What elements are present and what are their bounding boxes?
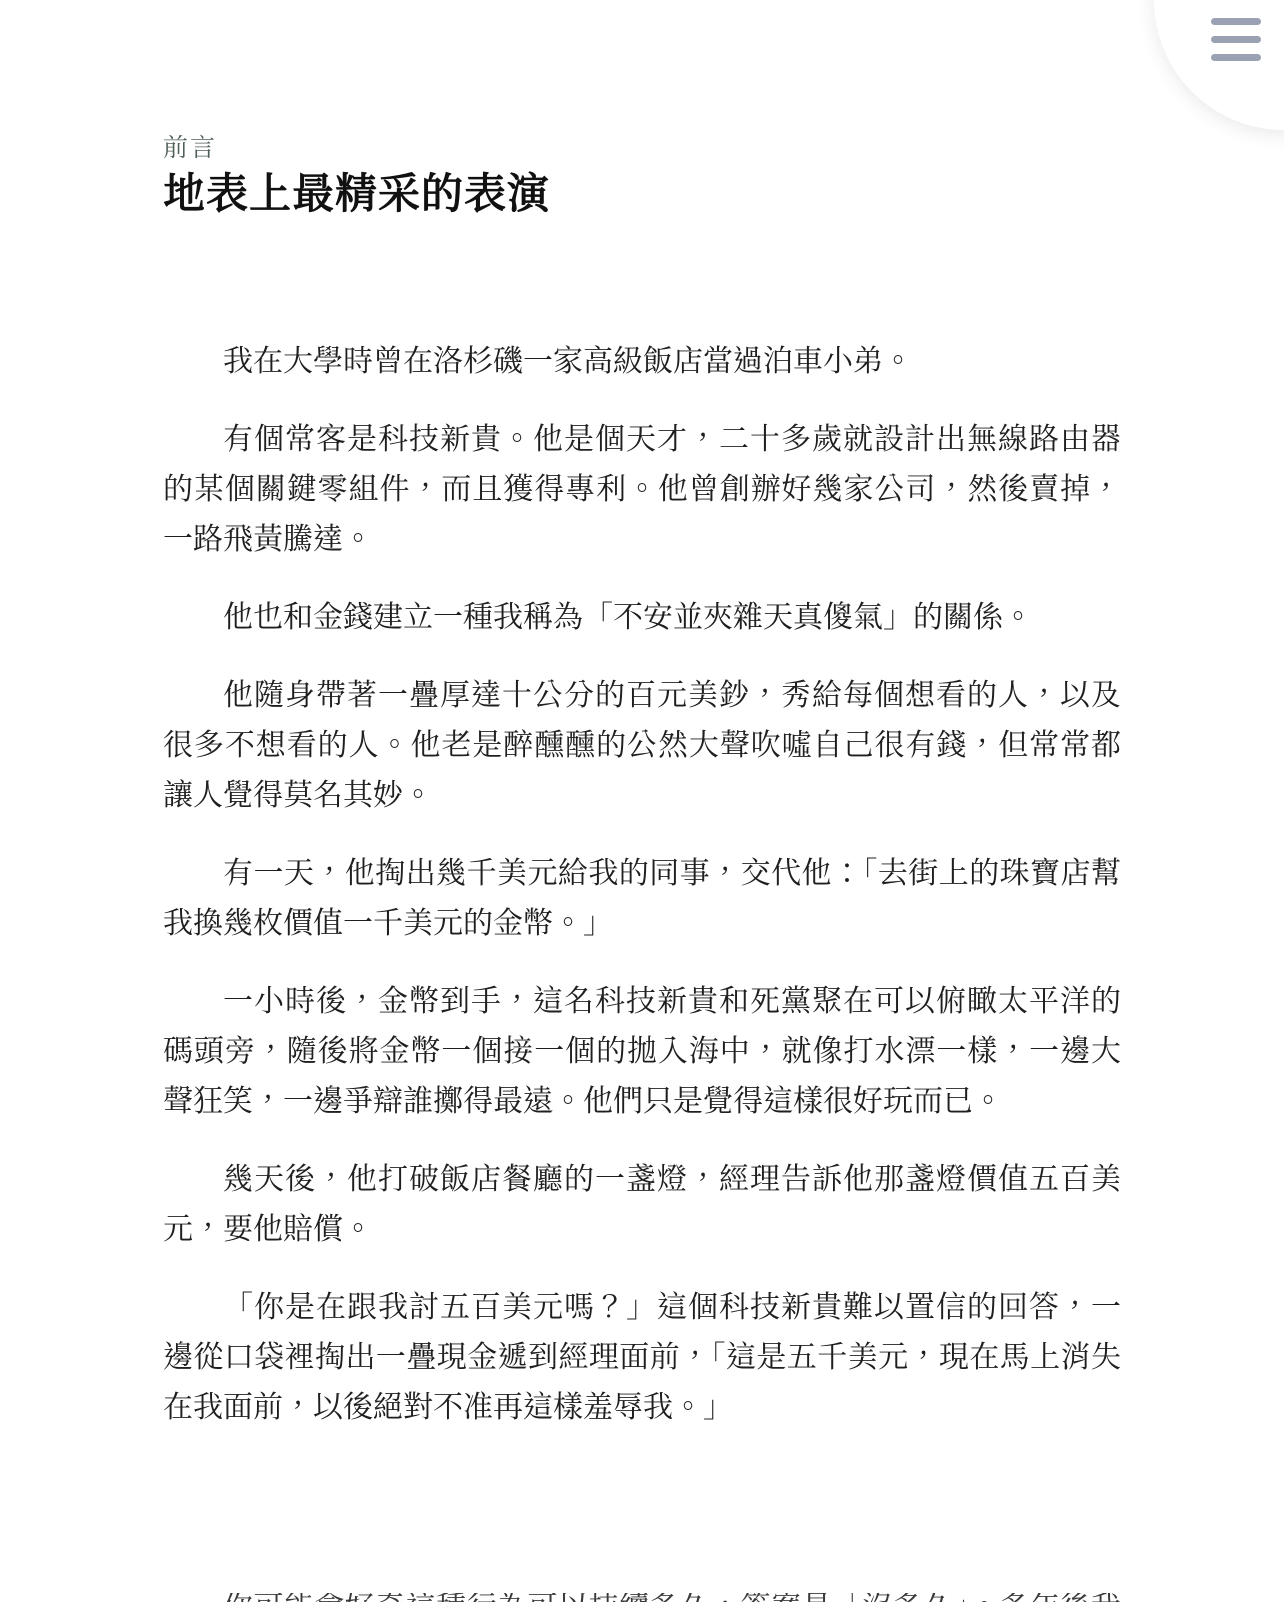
- book-page: 前言 地表上最精采的表演 我在大學時曾在洛杉磯一家高級飯店當過泊車小弟。 有個常…: [163, 0, 1121, 1602]
- paragraph: 我在大學時曾在洛杉磯一家高級飯店當過泊車小弟。: [163, 337, 1121, 387]
- body-text: 我在大學時曾在洛杉磯一家高級飯店當過泊車小弟。 有個常客是科技新貴。他是個天才，…: [163, 337, 1121, 1602]
- chapter-label: 前言: [163, 132, 1121, 165]
- hamburger-bar: [1211, 36, 1261, 43]
- paragraph: 他也和金錢建立一種我稱為「不安並夾雜天真傻氣」的關係。: [163, 593, 1121, 643]
- clipped-next-line: 你可能會好奇這種行為可以持續多久，答案是「沒多久」。多年後我才知道他破產了。: [163, 1593, 1121, 1602]
- chapter-title: 地表上最精采的表演: [163, 169, 1121, 221]
- hamburger-bar: [1211, 54, 1261, 61]
- paragraph: 一小時後，金幣到手，這名科技新貴和死黨聚在可以俯瞰太平洋的碼頭旁，隨後將金幣一個…: [163, 977, 1121, 1127]
- hamburger-bar: [1211, 18, 1261, 25]
- paragraph: 他隨身帶著一疊厚達十公分的百元美鈔，秀給每個想看的人，以及很多不想看的人。他老是…: [163, 671, 1121, 821]
- hamburger-icon[interactable]: [1211, 18, 1261, 61]
- paragraph: 有一天，他掏出幾千美元給我的同事，交代他：「去街上的珠寶店幫我換幾枚價值一千美元…: [163, 849, 1121, 949]
- menu-button[interactable]: [1154, 0, 1284, 130]
- paragraph: 幾天後，他打破飯店餐廳的一盞燈，經理告訴他那盞燈價值五百美元，要他賠償。: [163, 1155, 1121, 1255]
- paragraph: 有個常客是科技新貴。他是個天才，二十多歲就設計出無線路由器的某個關鍵零組件，而且…: [163, 415, 1121, 565]
- paragraph: 「你是在跟我討五百美元嗎？」這個科技新貴難以置信的回答，一邊從口袋裡掏出一疊現金…: [163, 1283, 1121, 1433]
